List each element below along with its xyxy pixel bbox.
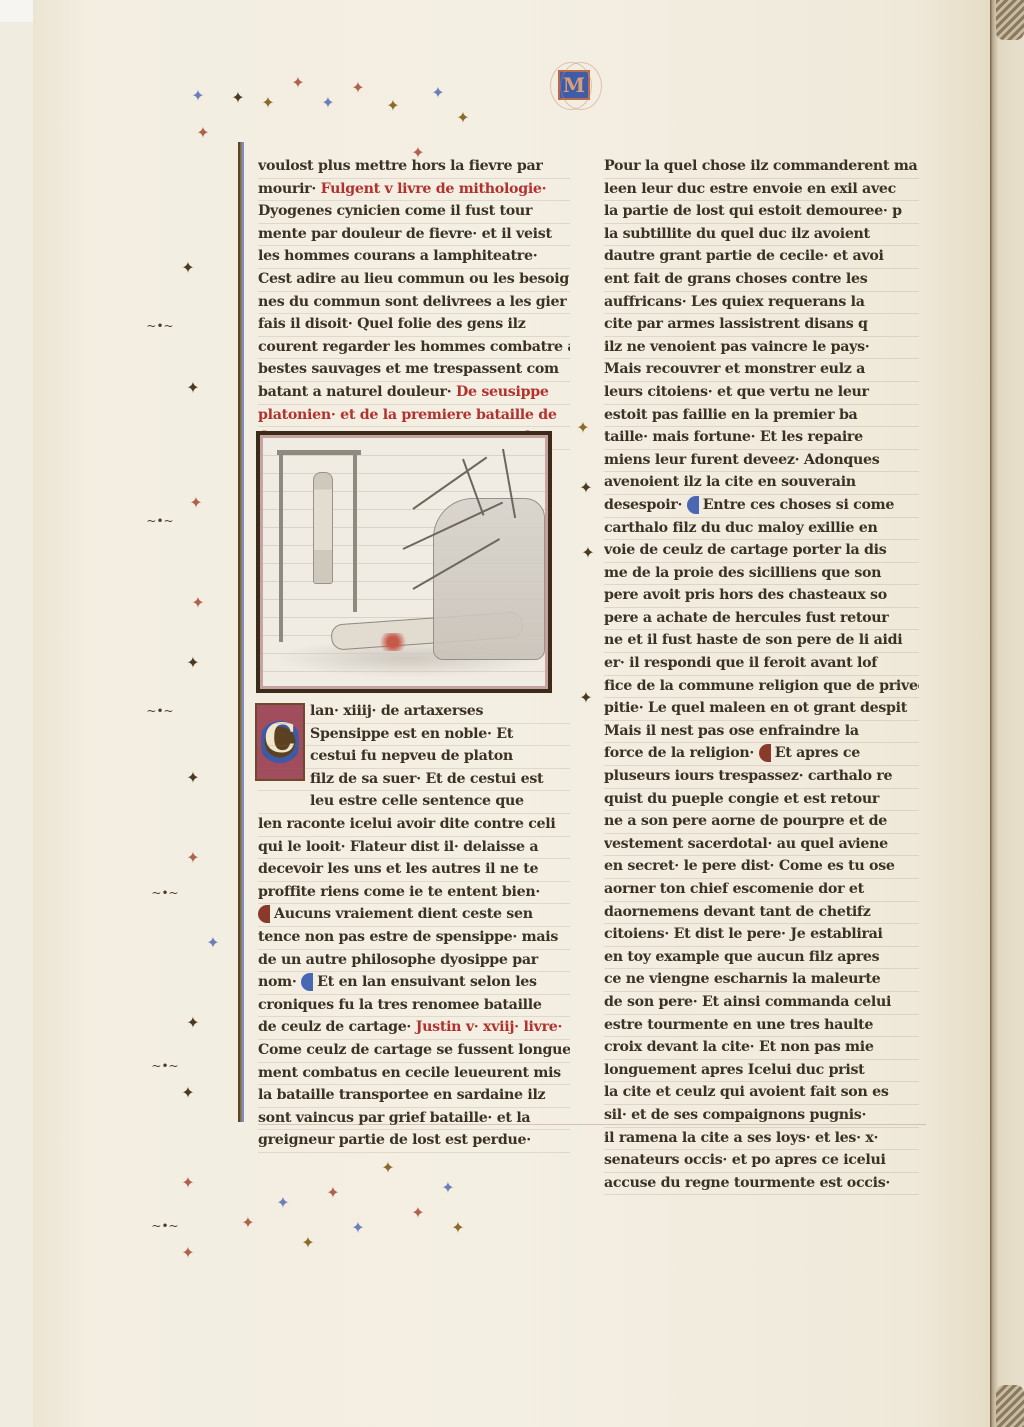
text-run: dautre grant partie de cecile· et avoi: [604, 248, 884, 264]
text-run: croniques fu la tres renomee bataille: [258, 997, 542, 1013]
text-run: Et en lan ensuivant selon les: [317, 974, 537, 990]
ivy-leaf-icon: ✦: [385, 98, 401, 114]
manuscript-line: qui le looit· Flateur dist il· delaisse …: [258, 837, 570, 860]
pen-flourish-dot-icon: ~•~: [145, 513, 175, 529]
manuscript-line: Aucuns vraiement dient ceste sen: [258, 904, 570, 927]
gallows-post: [279, 452, 283, 642]
text-run: ment combatus en cecile leueurent mis: [258, 1065, 561, 1081]
manuscript-line: sont vaincus par grief bataille· et la: [258, 1108, 570, 1131]
text-run: Come ceulz de cartage se fussent longue: [258, 1042, 570, 1058]
text-run: estoit pas faillie en la premier ba: [604, 407, 857, 423]
manuscript-line: miens leur furent deveez· Adonques: [604, 450, 919, 473]
paragraph-mark-icon: [687, 496, 699, 514]
manuscript-line: de son pere· Et ainsi commanda celui: [604, 992, 919, 1015]
ivy-leaf-icon: ✦: [350, 1220, 366, 1236]
manuscript-line: dautre grant partie de cecile· et avoi: [604, 246, 919, 269]
text-run: pluseurs iours trespassez· carthalo re: [604, 768, 892, 784]
text-run: quist du pueple congie et est retour: [604, 791, 879, 807]
manuscript-line: de un autre philosophe dyosippe par: [258, 950, 570, 973]
rubric-text: De seusippe: [456, 384, 549, 400]
ivy-leaf-icon: ✦: [190, 88, 206, 104]
text-run: force de la religion·: [604, 745, 759, 761]
pen-flourish-dot-icon: ~•~: [150, 1058, 180, 1074]
manuscript-line: mente par douleur de fievre· et il veist: [258, 224, 570, 247]
text-run: cestui fu nepveu de platon: [310, 748, 513, 764]
text-run: fice de la commune religion que de prive…: [604, 678, 919, 694]
ivy-leaf-icon: ✦: [450, 1220, 466, 1236]
folio-decorated-initial: M: [558, 70, 590, 100]
ivy-leaf-icon: ✦: [430, 85, 446, 101]
manuscript-line: Cest adire au lieu commun ou les besoig: [258, 269, 570, 292]
text-run: leurs citoiens· et que vertu ne leur: [604, 384, 869, 400]
manuscript-line: daornemens devant tant de chetifz: [604, 902, 919, 925]
text-run: qui le looit· Flateur dist il· delaisse …: [258, 839, 538, 855]
text-run: senateurs occis· et po apres ce icelui: [604, 1152, 886, 1168]
ivy-leaf-icon: ✦: [580, 545, 596, 561]
manuscript-line: er· il respondi que il feroit avant lof: [604, 653, 919, 676]
ivy-leaf-icon: ✦: [290, 75, 306, 91]
ivy-leaf-icon: ✦: [180, 1085, 196, 1101]
bottom-ruling-line: [258, 1124, 926, 1125]
manuscript-line: ment combatus en cecile leueurent mis: [258, 1063, 570, 1086]
text-run: les hommes courans a lamphiteatre·: [258, 248, 537, 264]
manuscript-line: mourir· Fulgent v livre de mithologie·: [258, 179, 570, 202]
ivy-leaf-icon: ✦: [350, 80, 366, 96]
text-run: Pour la quel chose ilz commanderent ma: [604, 158, 917, 174]
text-run: voulost plus mettre hors la fievre par: [258, 158, 543, 174]
ivy-leaf-icon: ✦: [320, 95, 336, 111]
text-run: aorner ton chief escomenie dor et: [604, 881, 864, 897]
text-run: ent fait de grans choses contre les: [604, 271, 867, 287]
miniature-illustration: [256, 431, 552, 693]
ivy-leaf-icon: ✦: [325, 1185, 341, 1201]
text-run: taille· mais fortune· Et les repaire: [604, 429, 863, 445]
manuscript-line: voie de ceulz de cartage porter la dis: [604, 540, 919, 563]
text-run: tence non pas estre de spensippe· mais: [258, 929, 558, 945]
blood-marks: [373, 633, 413, 651]
manuscript-line: ce ne viengne escharnis la maleurte: [604, 969, 919, 992]
text-run: leu estre celle sentence que: [310, 793, 524, 809]
ivy-leaf-icon: ✦: [205, 935, 221, 951]
paragraph-mark-icon: [759, 744, 771, 762]
manuscript-line: fice de la commune religion que de prive…: [604, 676, 919, 699]
manuscript-line: quist du pueple congie et est retour: [604, 789, 919, 812]
manuscript-line: Dyogenes cynicien come il fust tour: [258, 201, 570, 224]
text-run: mourir·: [258, 181, 321, 197]
manuscript-line: citoiens· Et dist le pere· Je establirai: [604, 924, 919, 947]
text-run: decevoir les uns et les autres il ne te: [258, 861, 538, 877]
text-run: len raconte icelui avoir dite contre cel…: [258, 816, 555, 832]
manuscript-line: desespoir· Entre ces choses si come: [604, 495, 919, 518]
manuscript-line: pere a achate de hercules fust retour: [604, 608, 919, 631]
right-column-text: Pour la quel chose ilz commanderent male…: [604, 156, 919, 1195]
text-run: auffricans· Les quiex requerans la: [604, 294, 865, 310]
manuscript-line: croix devant la cite· Et non pas mie: [604, 1037, 919, 1060]
text-run: accuse du regne tourmente est occis·: [604, 1175, 890, 1191]
text-run: de son pere· Et ainsi commanda celui: [604, 994, 891, 1010]
ivy-leaf-icon: ✦: [440, 1180, 456, 1196]
text-run: ce ne viengne escharnis la maleurte: [604, 971, 880, 987]
ivy-leaf-icon: ✦: [410, 1205, 426, 1221]
text-run: Cest adire au lieu commun ou les besoig: [258, 271, 569, 287]
text-run: greigneur partie de lost est perdue·: [258, 1132, 531, 1148]
manuscript-line: pitie· Le quel maleen en ot grant despit: [604, 698, 919, 721]
text-run: en toy example que aucun filz apres: [604, 949, 879, 965]
text-run: ne a son pere aorne de pourpre et de: [604, 813, 887, 829]
manuscript-line: cite par armes lassistrent disans q: [604, 314, 919, 337]
manuscript-line: Mais il nest pas ose enfraindre la: [604, 721, 919, 744]
rubric-text: Fulgent v livre de mithologie·: [321, 181, 547, 197]
manuscript-line: ent fait de grans choses contre les: [604, 269, 919, 292]
left-column-top-text: voulost plus mettre hors la fievre parmo…: [258, 156, 570, 450]
manuscript-line: Mais recouvrer et monstrer eulz a: [604, 359, 919, 382]
text-run: nes du commun sont delivrees a les gier: [258, 294, 566, 310]
hanged-figure: [313, 472, 333, 584]
manuscript-line: croniques fu la tres renomee bataille: [258, 995, 570, 1018]
ivy-leaf-icon: ✦: [260, 95, 276, 111]
manuscript-line: estre tourmente en une tres haulte: [604, 1015, 919, 1038]
text-run: Entre ces choses si come: [703, 497, 894, 513]
text-run: ilz ne venoient pas vaincre le pays·: [604, 339, 869, 355]
text-run: miens leur furent deveez· Adonques: [604, 452, 879, 468]
ivy-leaf-icon: ✦: [180, 260, 196, 276]
ivy-leaf-icon: ✦: [300, 1235, 316, 1251]
ivy-leaf-icon: ✦: [578, 690, 594, 706]
manuscript-line: proffite riens come ie te entent bien·: [258, 882, 570, 905]
manuscript-line: auffricans· Les quiex requerans la: [604, 292, 919, 315]
manuscript-line: tence non pas estre de spensippe· mais: [258, 927, 570, 950]
manuscript-line: Come ceulz de cartage se fussent longue: [258, 1040, 570, 1063]
manuscript-line: leurs citoiens· et que vertu ne leur: [604, 382, 919, 405]
text-run: Et apres ce: [775, 745, 860, 761]
ivy-leaf-icon: ✦: [575, 420, 591, 436]
manuscript-line: courent regarder les hommes combatre as: [258, 337, 570, 360]
text-run: desespoir·: [604, 497, 687, 513]
soldiers-group: [433, 498, 545, 660]
text-run: daornemens devant tant de chetifz: [604, 904, 871, 920]
manuscript-line: force de la religion· Et apres ce: [604, 743, 919, 766]
manuscript-line: la partie de lost qui estoit demouree· p: [604, 201, 919, 224]
text-run: la cite et ceulz qui avoient fait son es: [604, 1084, 889, 1100]
manuscript-line: la bataille transportee en sardaine ilz: [258, 1085, 570, 1108]
manuscript-line: filz de sa suer· Et de cestui est: [258, 769, 570, 792]
text-run: carthalo filz du duc maloy exillie en: [604, 520, 878, 536]
manuscript-line: pluseurs iours trespassez· carthalo re: [604, 766, 919, 789]
ivy-leaf-icon: ✦: [180, 1175, 196, 1191]
manuscript-line: bestes sauvages et me trespassent com: [258, 359, 570, 382]
text-run: pitie· Le quel maleen en ot grant despit: [604, 700, 907, 716]
text-run: leen leur duc estre envoie en exil avec: [604, 181, 896, 197]
text-run: voie de ceulz de cartage porter la dis: [604, 542, 886, 558]
text-run: de ceulz de cartage·: [258, 1019, 416, 1035]
ivy-leaf-icon: ✦: [185, 770, 201, 786]
text-run: estre tourmente en une tres haulte: [604, 1017, 873, 1033]
text-run: de un autre philosophe dyosippe par: [258, 952, 538, 968]
ivy-leaf-icon: ✦: [240, 1215, 256, 1231]
manuscript-line: voulost plus mettre hors la fievre par: [258, 156, 570, 179]
text-run: Dyogenes cynicien come il fust tour: [258, 203, 532, 219]
text-run: proffite riens come ie te entent bien·: [258, 884, 540, 900]
ivy-leaf-icon: ✦: [455, 110, 471, 126]
text-run: la subtillite du quel duc ilz avoient: [604, 226, 870, 242]
text-run: la bataille transportee en sardaine ilz: [258, 1087, 545, 1103]
text-run: en secret· le pere dist· Come es tu ose: [604, 858, 895, 874]
ivy-leaf-icon: ✦: [185, 850, 201, 866]
manuscript-line: len raconte icelui avoir dite contre cel…: [258, 814, 570, 837]
text-run: cite par armes lassistrent disans q: [604, 316, 868, 332]
manuscript-line: leu estre celle sentence que: [258, 791, 570, 814]
manuscript-line: la subtillite du quel duc ilz avoient: [604, 224, 919, 247]
manuscript-line: lan· xiiij· de artaxerses: [258, 701, 570, 724]
text-run: er· il respondi que il feroit avant lof: [604, 655, 877, 671]
manuscript-line: la cite et ceulz qui avoient fait son es: [604, 1082, 919, 1105]
text-run: Aucuns vraiement dient ceste sen: [274, 906, 533, 922]
manuscript-line: platonien· et de la premiere bataille de: [258, 405, 570, 428]
miniature-scene: [260, 435, 548, 689]
rubric-text: platonien· et de la premiere bataille de: [258, 407, 557, 423]
text-run: vestement sacerdotal· au quel aviene: [604, 836, 888, 852]
manuscript-line: Spensippe est en noble· Et: [258, 724, 570, 747]
ivy-leaf-icon: ✦: [195, 125, 211, 141]
text-run: Mais il nest pas ose enfraindre la: [604, 723, 859, 739]
manuscript-line: les hommes courans a lamphiteatre·: [258, 246, 570, 269]
manuscript-line: cestui fu nepveu de platon: [258, 746, 570, 769]
manuscript-line: de ceulz de cartage· Justin v· xviij· li…: [258, 1017, 570, 1040]
manuscript-line: accuse du regne tourmente est occis·: [604, 1173, 919, 1196]
paragraph-mark-icon: [301, 973, 313, 991]
manuscript-line: ilz ne venoient pas vaincre le pays·: [604, 337, 919, 360]
binding-tie-top: [996, 0, 1024, 40]
manuscript-line: carthalo filz du duc maloy exillie en: [604, 518, 919, 541]
book-spine: [990, 0, 1024, 1427]
text-run: sil· et de ses compaignons pugnis·: [604, 1107, 866, 1123]
text-run: me de la proie des sicilliens que son: [604, 565, 881, 581]
ivy-leaf-icon: ✦: [180, 1245, 196, 1261]
text-run: la partie de lost qui estoit demouree· p: [604, 203, 902, 219]
manuscript-line: nes du commun sont delivrees a les gier: [258, 292, 570, 315]
text-run: courent regarder les hommes combatre as: [258, 339, 570, 355]
text-run: longuement apres Icelui duc prist: [604, 1062, 864, 1078]
ivy-leaf-icon: ✦: [188, 495, 204, 511]
manuscript-line: aorner ton chief escomenie dor et: [604, 879, 919, 902]
manuscript-line: ne et il fust haste de son pere de li ai…: [604, 630, 919, 653]
text-run: fais il disoit· Quel folie des gens ilz: [258, 316, 525, 332]
text-run: Mais recouvrer et monstrer eulz a: [604, 361, 865, 377]
manuscript-line: en secret· le pere dist· Come es tu ose: [604, 856, 919, 879]
manuscript-line: me de la proie des sicilliens que son: [604, 563, 919, 586]
ivy-leaf-icon: ✦: [190, 595, 206, 611]
gallows-post: [353, 452, 357, 612]
manuscript-line: estoit pas faillie en la premier ba: [604, 405, 919, 428]
pen-flourish-dot-icon: ~•~: [150, 885, 180, 901]
pen-flourish-dot-icon: ~•~: [145, 703, 175, 719]
text-run: nom·: [258, 974, 301, 990]
text-run: lan· xiiij· de artaxerses: [310, 703, 483, 719]
text-run: avenoient ilz la cite en souverain: [604, 474, 856, 490]
manuscript-line: avenoient ilz la cite en souverain: [604, 472, 919, 495]
gallows-beam: [277, 450, 361, 455]
manuscript-line: decevoir les uns et les autres il ne te: [258, 859, 570, 882]
ivy-leaf-icon: ✦: [380, 1160, 396, 1176]
text-run: pere a achate de hercules fust retour: [604, 610, 888, 626]
text-run: Spensippe est en noble· Et: [310, 726, 513, 742]
left-column-bottom-text: lan· xiiij· de artaxersesSpensippe est e…: [258, 701, 570, 1153]
manuscript-line: en toy example que aucun filz apres: [604, 947, 919, 970]
binding-tie-bottom: [996, 1385, 1024, 1427]
manuscript-line: fais il disoit· Quel folie des gens ilz: [258, 314, 570, 337]
vine-border-stem: [238, 142, 244, 1122]
ivy-leaf-icon: ✦: [185, 380, 201, 396]
text-run: batant a naturel douleur·: [258, 384, 456, 400]
manuscript-line: vestement sacerdotal· au quel aviene: [604, 834, 919, 857]
manuscript-line: batant a naturel douleur· De seusippe: [258, 382, 570, 405]
manuscript-line: taille· mais fortune· Et les repaire: [604, 427, 919, 450]
text-run: mente par douleur de fievre· et il veist: [258, 226, 552, 242]
manuscript-line: Pour la quel chose ilz commanderent ma: [604, 156, 919, 179]
ivy-leaf-icon: ✦: [185, 1015, 201, 1031]
ivy-leaf-icon: ✦: [275, 1195, 291, 1211]
manuscript-line: ne a son pere aorne de pourpre et de: [604, 811, 919, 834]
manuscript-line: senateurs occis· et po apres ce icelui: [604, 1150, 919, 1173]
text-run: ne et il fust haste de son pere de li ai…: [604, 632, 902, 648]
text-run: pere avoit pris hors des chasteaux so: [604, 587, 887, 603]
text-run: croix devant la cite· Et non pas mie: [604, 1039, 874, 1055]
manuscript-line: il ramena la cite a ses loys· et les· x·: [604, 1128, 919, 1151]
ivy-leaf-icon: ✦: [185, 655, 201, 671]
text-run: filz de sa suer· Et de cestui est: [310, 771, 543, 787]
pen-flourish-dot-icon: ~•~: [150, 1218, 180, 1234]
manuscript-line: greigneur partie de lost est perdue·: [258, 1130, 570, 1153]
ivy-leaf-icon: ✦: [578, 480, 594, 496]
ivy-leaf-icon: ✦: [230, 90, 246, 106]
text-run: bestes sauvages et me trespassent com: [258, 361, 559, 377]
manuscript-line: longuement apres Icelui duc prist: [604, 1060, 919, 1083]
text-run: il ramena la cite a ses loys· et les· x·: [604, 1130, 878, 1146]
rubric-text: Justin v· xviij· livre·: [416, 1019, 562, 1035]
manuscript-line: leen leur duc estre envoie en exil avec: [604, 179, 919, 202]
manuscript-line: pere avoit pris hors des chasteaux so: [604, 585, 919, 608]
paragraph-mark-icon: [258, 905, 270, 923]
text-run: citoiens· Et dist le pere· Je establirai: [604, 926, 883, 942]
manuscript-line: nom· Et en lan ensuivant selon les: [258, 972, 570, 995]
pen-flourish-dot-icon: ~•~: [145, 318, 175, 334]
